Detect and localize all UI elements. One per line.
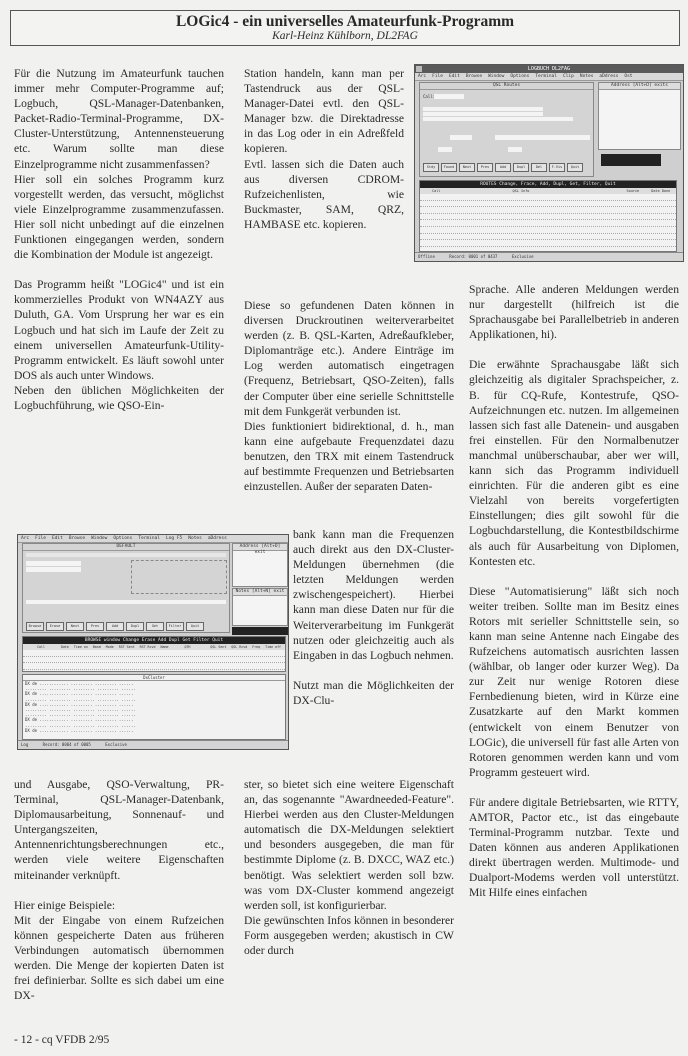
- paragraph: Die erwähnte Sprachausgabe läßt sich gle…: [469, 357, 679, 568]
- qsl-routes-pane: QSL Routes Call: Stdy Found Next Prev Ad…: [419, 82, 594, 177]
- menu-item: aDdress: [208, 536, 227, 541]
- paragraph: Das Programm heißt "LOGic4" und ist ein …: [14, 277, 224, 383]
- figure-browse-window-screenshot: ArcFileEditBrowseWindowOptionsTerminalLo…: [17, 534, 289, 750]
- call-field: [434, 94, 464, 99]
- pane-title: Address [Alt+D] exit: [233, 544, 287, 551]
- paragraph: Dies funktioniert bidirektional, d. h., …: [244, 419, 454, 494]
- page-footer: - 12 - cq VFDB 2/95: [14, 1034, 109, 1046]
- dupl-button: Dupl: [513, 163, 529, 172]
- menu-item: aDdress: [599, 74, 618, 79]
- status-text: Exclusive: [105, 742, 127, 747]
- column-header: Call: [432, 189, 440, 193]
- menu-item: Options: [113, 536, 132, 541]
- paragraph: Station handeln, kann man per Tastendruc…: [244, 66, 404, 157]
- default-log-pane: DEFAULT Browse Erase Next Prev Add Dupl …: [22, 543, 230, 633]
- menu-item: Arc: [418, 74, 426, 79]
- column-1-bottom: und Ausgabe, QSO-Verwaltung, PR-Terminal…: [14, 777, 224, 1003]
- paragraph: Für andere digitale Betriebsarten, wie R…: [469, 795, 679, 901]
- cluster-line: DX de ............ ......... ......... .…: [23, 728, 285, 733]
- paragraph: Mit der Eingabe von einem Rufzeichen kön…: [14, 913, 224, 1004]
- menu-item: Terminal: [138, 536, 160, 541]
- next-button: Next: [459, 163, 475, 172]
- status-box: [601, 154, 661, 166]
- name-field: [26, 561, 81, 566]
- column-2-top: Station handeln, kann man per Tastendruc…: [244, 66, 404, 232]
- paragraph: Evtl. lassen sich die Daten auch aus div…: [244, 157, 404, 232]
- filter-button: Filter: [166, 622, 184, 631]
- dupl-button: Dupl: [126, 622, 144, 631]
- add-button: Add: [106, 622, 124, 631]
- browse-table: BROWSE window Change Erase Add Dupl Get …: [22, 636, 286, 672]
- column-header: Mode: [106, 645, 114, 649]
- paragraph: Hier einige Beispiele:: [14, 898, 224, 913]
- column-header: QSL Info: [513, 189, 530, 193]
- column-header: Date Done: [651, 189, 670, 193]
- column-header: Time off: [265, 645, 281, 649]
- menu-bar: ArcFileEditBrowseWindowOptionsTerminalLo…: [18, 535, 288, 543]
- paragraph: Die gewünschten Infos können in besonder…: [244, 913, 454, 958]
- table-rows: [420, 194, 676, 260]
- paragraph: Hier soll ein solches Programm kurz vorg…: [14, 172, 224, 263]
- study-button: Stdy: [423, 163, 439, 172]
- field: [508, 147, 522, 152]
- column-header: Date: [61, 645, 69, 649]
- found-button: Found: [441, 163, 457, 172]
- column-header: QSL Sent: [210, 645, 226, 649]
- menu-item: Notes: [188, 536, 202, 541]
- browse-button: Browse: [26, 622, 44, 631]
- column-2-bottom: ster, so bietet sich eine weitere Eigens…: [244, 777, 454, 958]
- menu-item: Options: [510, 74, 529, 79]
- column-3: Sprache. Alle anderen Meldungen werden n…: [469, 282, 679, 901]
- status-text: Offline: [418, 254, 435, 259]
- menu-item: Browse: [466, 74, 482, 79]
- table-title: ROUTES Change, Frace, Add, Dupl, Get, Fi…: [420, 181, 676, 188]
- column-header: QTH: [184, 645, 190, 649]
- pane-title: DEFAULT: [23, 544, 229, 551]
- qth-field: [26, 567, 81, 572]
- date-field: [450, 135, 472, 140]
- status-text: Record: 0001 of 0437: [449, 254, 497, 259]
- comment-field: [26, 600, 226, 604]
- column-header: RST Rcvd: [140, 645, 156, 649]
- table-title: BROWSE window Change Erase Add Dupl Get …: [23, 637, 285, 644]
- address-pane: Address [Alt+D] exit: [232, 543, 288, 587]
- paragraph: Für die Nutzung im Amateurfunk tauchen i…: [14, 66, 224, 172]
- status-text: Record: 0004 of 0005: [43, 742, 91, 747]
- table-rows: [23, 650, 285, 676]
- get-button: Get: [146, 622, 164, 631]
- address-pane: Address [Alt+D] exits: [598, 82, 681, 150]
- menu-item: Clip: [563, 74, 574, 79]
- paragraph: und Ausgabe, QSO-Verwaltung, PR-Terminal…: [14, 777, 224, 883]
- column-2-narrow: bank kann man die Frequenzen auch direkt…: [293, 527, 454, 708]
- source-field: [495, 135, 590, 140]
- article-title: LOGic4 - ein universelles Amateurfunk-Pr…: [11, 13, 679, 30]
- status-text: Log: [21, 742, 28, 747]
- qsl-info-line: [423, 117, 573, 121]
- menu-item: File: [35, 536, 46, 541]
- routes-table: ROUTES Change, Frace, Add, Dupl, Get, Fi…: [419, 180, 677, 252]
- dark-status-box: [232, 627, 288, 635]
- column-1-top: Für die Nutzung im Amateurfunk tauchen i…: [14, 66, 224, 413]
- menu-item: Terminal: [535, 74, 557, 79]
- notes-pane: Notes [Alt+N] exit: [232, 588, 288, 626]
- paragraph: Diese "Automatisierung" läßt sich noch w…: [469, 584, 679, 780]
- field: [26, 553, 226, 557]
- pane-title: Address [Alt+D] exits: [599, 83, 680, 90]
- quit-button: Quit: [567, 163, 583, 172]
- status-bar: Offline Record: 0001 of 0437 Exclusive: [415, 252, 683, 261]
- column-header: RST Sent: [119, 645, 135, 649]
- menu-item: Edit: [449, 74, 460, 79]
- quit-button: Quit: [186, 622, 204, 631]
- column-header: Call: [37, 645, 45, 649]
- article-header: LOGic4 - ein universelles Amateurfunk-Pr…: [10, 10, 680, 46]
- menu-item: Arc: [21, 536, 29, 541]
- article-author: Karl-Heinz Kühlborn, DL2FAG: [11, 30, 679, 43]
- paragraph: Nutzt man die Möglichkeiten der DX-Clu-: [293, 678, 454, 708]
- add-button: Add: [495, 163, 511, 172]
- column-header: QSL Rcvd: [231, 645, 247, 649]
- next-button: Next: [66, 622, 84, 631]
- fvis-button: F.Vis: [549, 163, 565, 172]
- window-title: LOGBUCH DL2FAG: [528, 66, 570, 72]
- menu-item: Window: [91, 536, 107, 541]
- paragraph: Neben den üblichen Möglichkeiten der Log…: [14, 383, 224, 413]
- del-button: Del: [531, 163, 547, 172]
- menu-item: Notes: [580, 74, 594, 79]
- menu-item: Edit: [52, 536, 63, 541]
- system-menu-icon: [416, 66, 422, 72]
- status-text: Exclusive: [512, 254, 534, 259]
- paragraph: ster, so bietet sich eine weitere Eigens…: [244, 777, 454, 913]
- prev-button: Prev: [477, 163, 493, 172]
- column-header: Name: [161, 645, 169, 649]
- status-bar: Log Record: 0004 of 0005 Exclusive: [18, 740, 288, 749]
- erase-button: Erase: [46, 622, 64, 631]
- figure-qsl-routes-screenshot: LOGBUCH DL2FAG ArcFileEditBrowseWindowOp…: [414, 64, 684, 262]
- dx-cluster-pane: DxCluster DX de ............ ......... .…: [22, 674, 286, 740]
- qsl-info-line: [423, 107, 543, 111]
- menu-item: Log F5: [166, 536, 182, 541]
- prev-button: Prev: [86, 622, 104, 631]
- menu-bar: ArcFileEditBrowseWindowOptionsTerminalCl…: [415, 73, 683, 81]
- paragraph: bank kann man die Frequenzen auch direkt…: [293, 527, 454, 663]
- paragraph: Diese so gefundenen Daten können in dive…: [244, 298, 454, 419]
- location-box: [131, 560, 227, 594]
- qsl-info-line: [423, 112, 543, 116]
- pane-title: QSL Routes: [420, 83, 593, 90]
- pane-title: Notes [Alt+N] exit: [233, 589, 287, 596]
- column-header: Freq: [252, 645, 260, 649]
- field: [438, 147, 452, 152]
- column-2-middle: Diese so gefundenen Daten können in dive…: [244, 298, 454, 494]
- menu-item: File: [432, 74, 443, 79]
- menu-item: Ost: [624, 74, 632, 79]
- column-header: Band: [93, 645, 101, 649]
- menu-item: Browse: [69, 536, 85, 541]
- paragraph: Sprache. Alle anderen Meldungen werden n…: [469, 282, 679, 342]
- column-header: Source: [627, 189, 640, 193]
- window-titlebar: LOGBUCH DL2FAG: [415, 65, 683, 73]
- menu-item: Window: [488, 74, 504, 79]
- column-header: Time on: [74, 645, 88, 649]
